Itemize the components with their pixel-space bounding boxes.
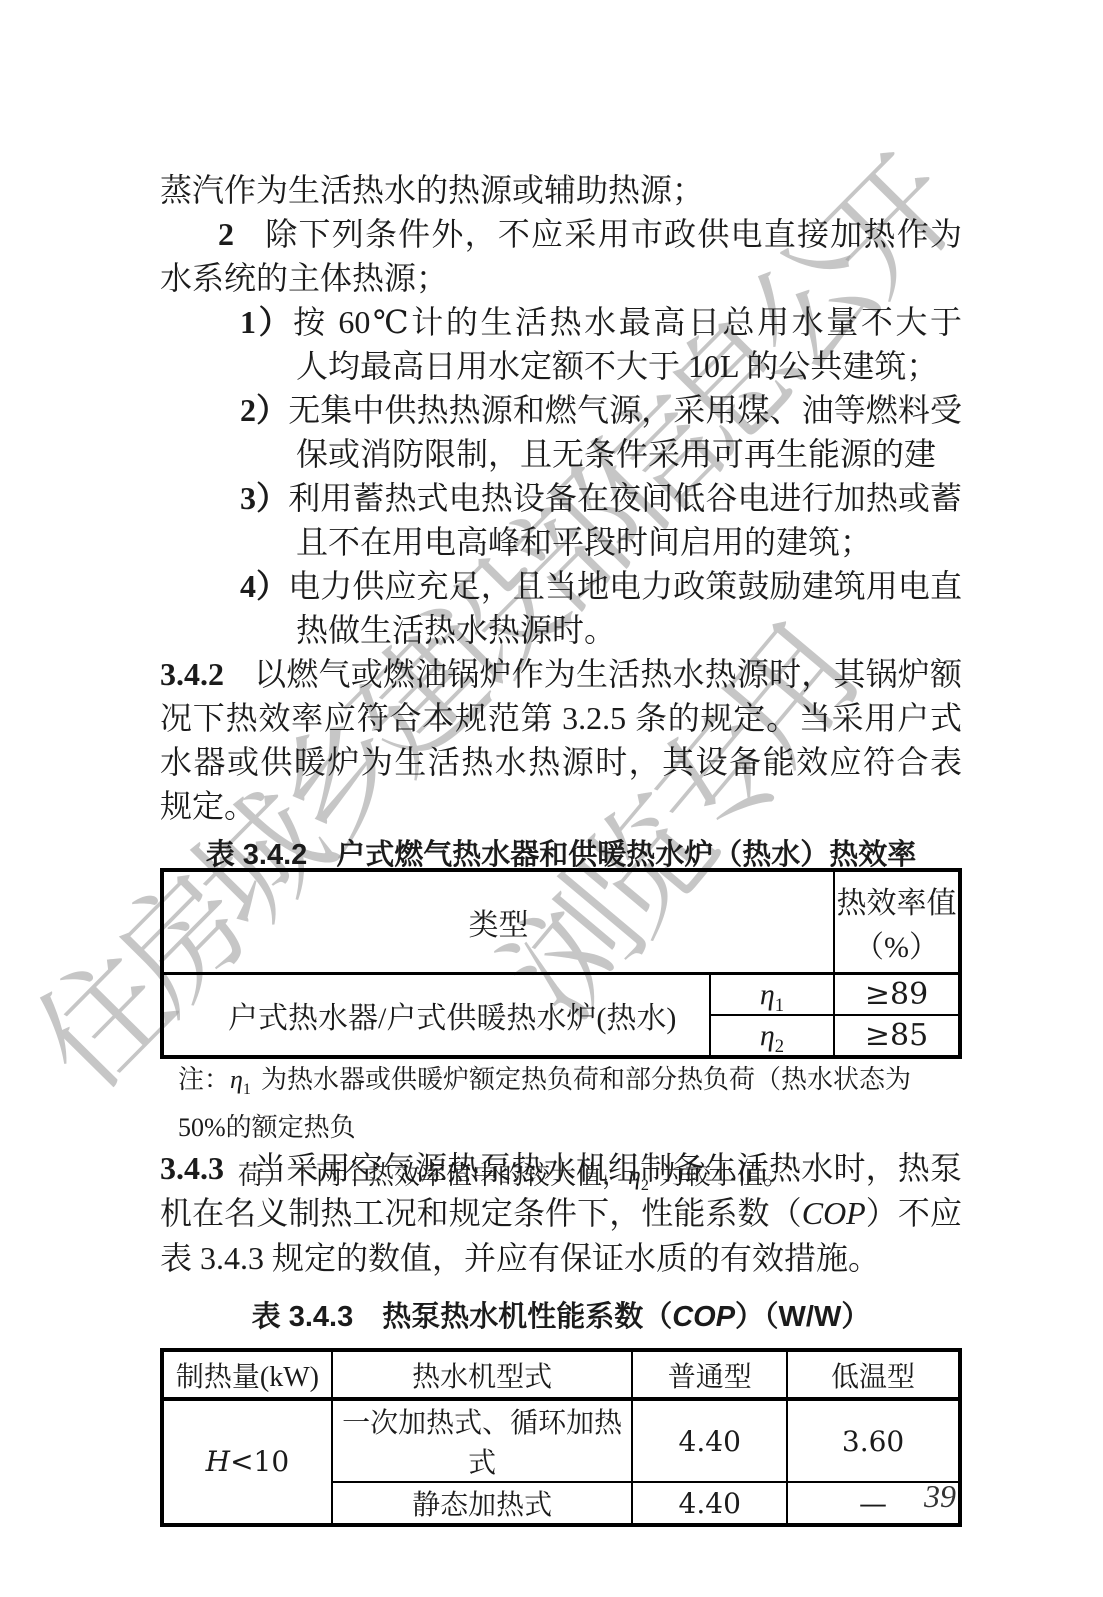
list-item-2: 2）无集中供热热源和燃气源，采用煤、油等燃料受到环 <box>160 388 962 432</box>
list-item-1-number: 1） <box>240 304 293 340</box>
table-3-4-2-header-efficiency: 热效率值 （%） <box>834 870 960 974</box>
table-3-4-3-header-capacity: 制热量(kW) <box>162 1350 332 1399</box>
list-item-3-number: 3） <box>240 480 288 516</box>
section-3-4-3-line-1: 3.4.3当采用空气源热泵热水机组制备生活热水时，热泵热水 <box>160 1146 962 1191</box>
table-3-4-2-cell-eta2: η2 <box>710 1015 834 1057</box>
table-3-4-2-cell-type: 户式热水器/户式供暖热水炉(热水) <box>162 974 710 1058</box>
section-3-4-3-line-2: 机在名义制热工况和规定条件下，性能系数（COP）不应低于 <box>160 1191 962 1236</box>
list-item-1-continuation: 人均最高日用水定额不大于 10L 的公共建筑； <box>160 344 962 388</box>
section-3-4-2-number: 3.4.2 <box>160 656 224 692</box>
text-line: 蒸汽作为生活热水的热源或辅助热源； <box>160 168 962 212</box>
body-text: 蒸汽作为生活热水的热源或辅助热源； 2除下列条件外，不应采用市政供电直接加热作为… <box>160 168 962 828</box>
page-number: 39 <box>160 1478 956 1515</box>
section-3-4-2-line-4: 规定。 <box>160 784 962 828</box>
list-item-4-continuation: 热做生活热水热源时。 <box>160 608 962 652</box>
table-3-4-3-header-normal: 普通型 <box>632 1350 787 1399</box>
table-3-4-2-title: 表 3.4.2 户式燃气热水器和供暖热水炉（热水）热效率 <box>160 838 962 872</box>
list-item-3: 3）利用蓄热式电热设备在夜间低谷电进行加热或蓄热， <box>160 476 962 520</box>
table-3-4-2-cell-eta1-value: ≥89 <box>834 974 960 1016</box>
table-3-4-2: 类型 热效率值 （%） 户式热水器/户式供暖热水炉(热水) η1 ≥89 η2 … <box>160 868 962 1059</box>
text-line-clause-2: 2除下列条件外，不应采用市政供电直接加热作为生活热 <box>160 212 962 256</box>
table-3-4-3-header-type: 热水机型式 <box>332 1350 633 1399</box>
section-3-4-2-line-3: 水器或供暖炉为生活热水热源时，其设备能效应符合表 3.4.2 的 <box>160 740 962 784</box>
table-3-4-3-header-low-temp: 低温型 <box>787 1350 960 1399</box>
table-3-4-3-cell-low-row1: 3.60 <box>787 1399 960 1482</box>
list-item-1: 1）按 60℃计的生活热水最高日总用水量不大于 5m3，或 <box>160 300 962 344</box>
document-page: 住房城乡建设部信息公开 浏览专用 蒸汽作为生活热水的热源或辅助热源； 2除下列条… <box>0 0 1103 1597</box>
table-3-4-3-cell-type-row1: 一次加热式、循环加热式 <box>332 1399 633 1482</box>
table-3-4-3-title: 表 3.4.3 热泵热水机性能系数（COP）（W/W） <box>160 1300 962 1334</box>
table-3-4-3-cell-normal-row1: 4.40 <box>632 1399 787 1482</box>
list-item-4-number: 4） <box>240 568 288 604</box>
table-3-4-2-cell-eta1: η1 <box>710 974 834 1016</box>
section-3-4-2-line-2: 况下热效率应符合本规范第 3.2.5 条的规定。当采用户式燃气热 <box>160 696 962 740</box>
text-line: 水系统的主体热源； <box>160 256 962 300</box>
note-line-1: 注：η1为热水器或供暖炉额定热负荷和部分热负荷（热水状态为 50%的额定热负 <box>178 1056 956 1152</box>
table-3-4-2-cell-eta2-value: ≥85 <box>834 1015 960 1057</box>
list-item-2-continuation: 保或消防限制，且无条件采用可再生能源的建筑； <box>160 432 962 476</box>
table-3-4-2-header-type: 类型 <box>162 870 834 974</box>
list-item-3-continuation: 且不在用电高峰和平段时间启用的建筑； <box>160 520 962 564</box>
list-item-4: 4）电力供应充足，且当地电力政策鼓励建筑用电直接加 <box>160 564 962 608</box>
section-3-4-3-line-3: 表 3.4.3 规定的数值，并应有保证水质的有效措施。 <box>160 1236 962 1281</box>
section-3-4-3-number: 3.4.3 <box>160 1150 224 1186</box>
list-item-2-number: 2） <box>240 392 288 428</box>
section-3-4-2-line-1: 3.4.2以燃气或燃油锅炉作为生活热水热源时，其锅炉额定工 <box>160 652 962 696</box>
clause-2-number: 2 <box>218 216 234 252</box>
section-3-4-3: 3.4.3当采用空气源热泵热水机组制备生活热水时，热泵热水 机在名义制热工况和规… <box>160 1146 962 1281</box>
